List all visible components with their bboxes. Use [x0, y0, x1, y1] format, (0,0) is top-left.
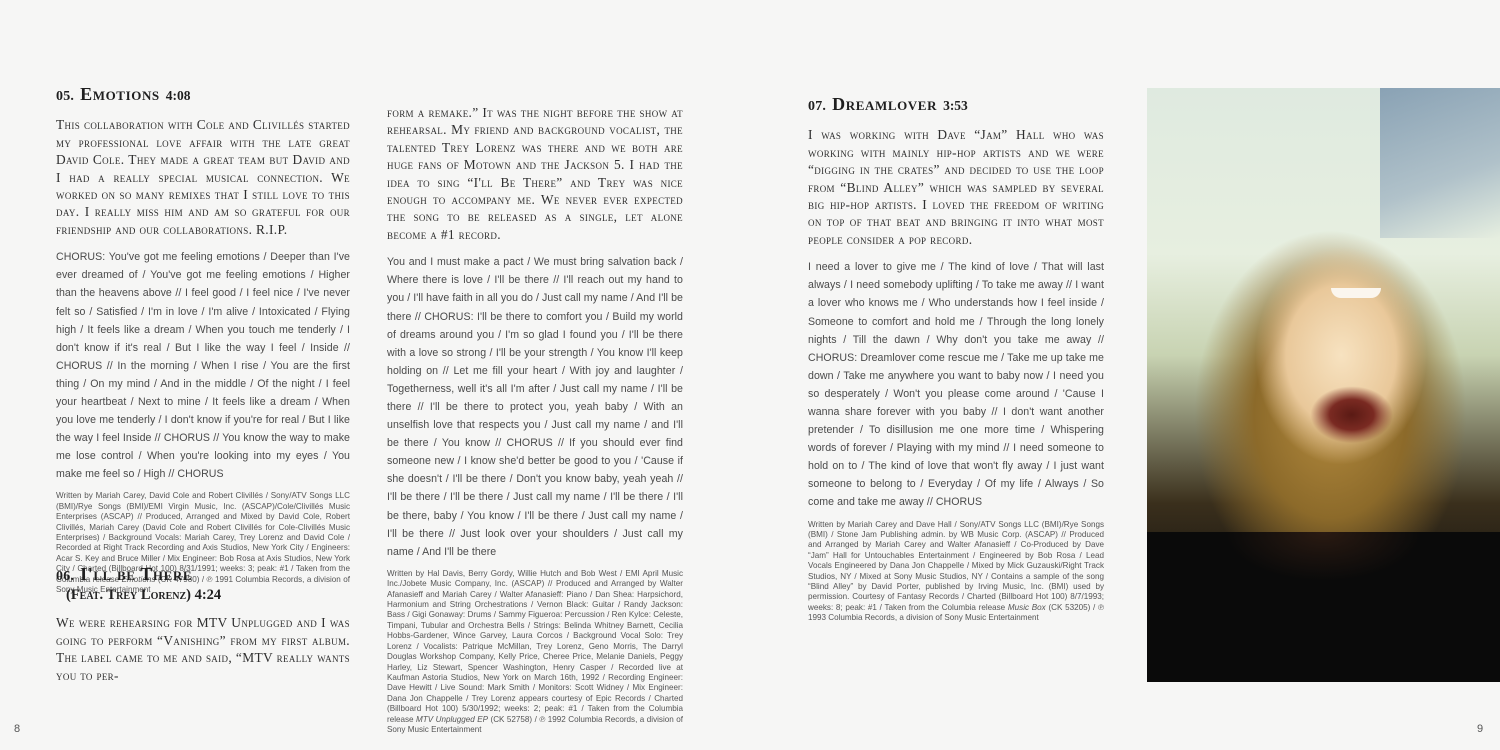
song-06-block: 06. I'll be There (Feat. Trey Lorenz) 4:…	[56, 560, 350, 694]
page-number: 8	[14, 723, 20, 735]
lyrics: I need a lover to give me / The kind of …	[808, 258, 1104, 511]
song-06-continued: form a remake.” It was the night before …	[387, 104, 683, 735]
liner-note: We were rehearsing for MTV Unplugged and…	[56, 614, 350, 684]
song-07-block: 07. Dreamlover 3:53 I was working with D…	[808, 90, 1104, 624]
track-title: I'll be There	[80, 564, 192, 584]
featuring-credit: (Feat. Trey Lorenz)	[66, 587, 191, 603]
track-duration: 3:53	[943, 98, 968, 113]
credits-text: Written by Mariah Carey and Dave Hall / …	[808, 520, 1104, 612]
song-title-heading: 05. Emotions 4:08	[56, 80, 350, 106]
credits-text: Written by Hal Davis, Berry Gordy, Willi…	[387, 569, 683, 724]
liner-note: I was working with Dave “Jam” Hall who w…	[808, 126, 1104, 248]
release-title: Music Box	[1008, 603, 1046, 612]
photo-smile	[1331, 288, 1381, 298]
song-title-heading: 07. Dreamlover 3:53	[808, 90, 1104, 116]
liner-note-continued: form a remake.” It was the night before …	[387, 104, 683, 243]
portrait-photo	[1147, 88, 1500, 682]
photo-black-top	[1147, 532, 1500, 682]
lyrics: CHORUS: You've got me feeling emotions /…	[56, 248, 350, 483]
track-title: Emotions	[80, 84, 160, 104]
page-number: 9	[1477, 723, 1483, 735]
track-subtitle: (Feat. Trey Lorenz) 4:24	[56, 588, 350, 604]
track-duration: 4:08	[166, 88, 191, 103]
photo-background-sky	[1380, 88, 1500, 238]
track-number: 06.	[56, 569, 74, 584]
track-number: 07.	[808, 99, 826, 114]
booklet-spread: 05. Emotions 4:08 This collaboration wit…	[0, 0, 1500, 750]
credits: Written by Hal Davis, Berry Gordy, Willi…	[387, 569, 683, 736]
release-title: MTV Unplugged EP	[416, 715, 488, 724]
track-title: Dreamlover	[832, 94, 937, 114]
credits: Written by Mariah Carey and Dave Hall / …	[808, 520, 1104, 624]
liner-note: This collaboration with Cole and Clivill…	[56, 116, 350, 238]
page-8: 05. Emotions 4:08 This collaboration wit…	[0, 0, 750, 750]
song-title-heading: 06. I'll be There (Feat. Trey Lorenz) 4:…	[56, 560, 350, 604]
lyrics: You and I must make a pact / We must bri…	[387, 253, 683, 561]
song-05-block: 05. Emotions 4:08 This collaboration wit…	[56, 80, 350, 596]
track-duration: 4:24	[195, 587, 222, 603]
track-number: 05.	[56, 89, 74, 104]
